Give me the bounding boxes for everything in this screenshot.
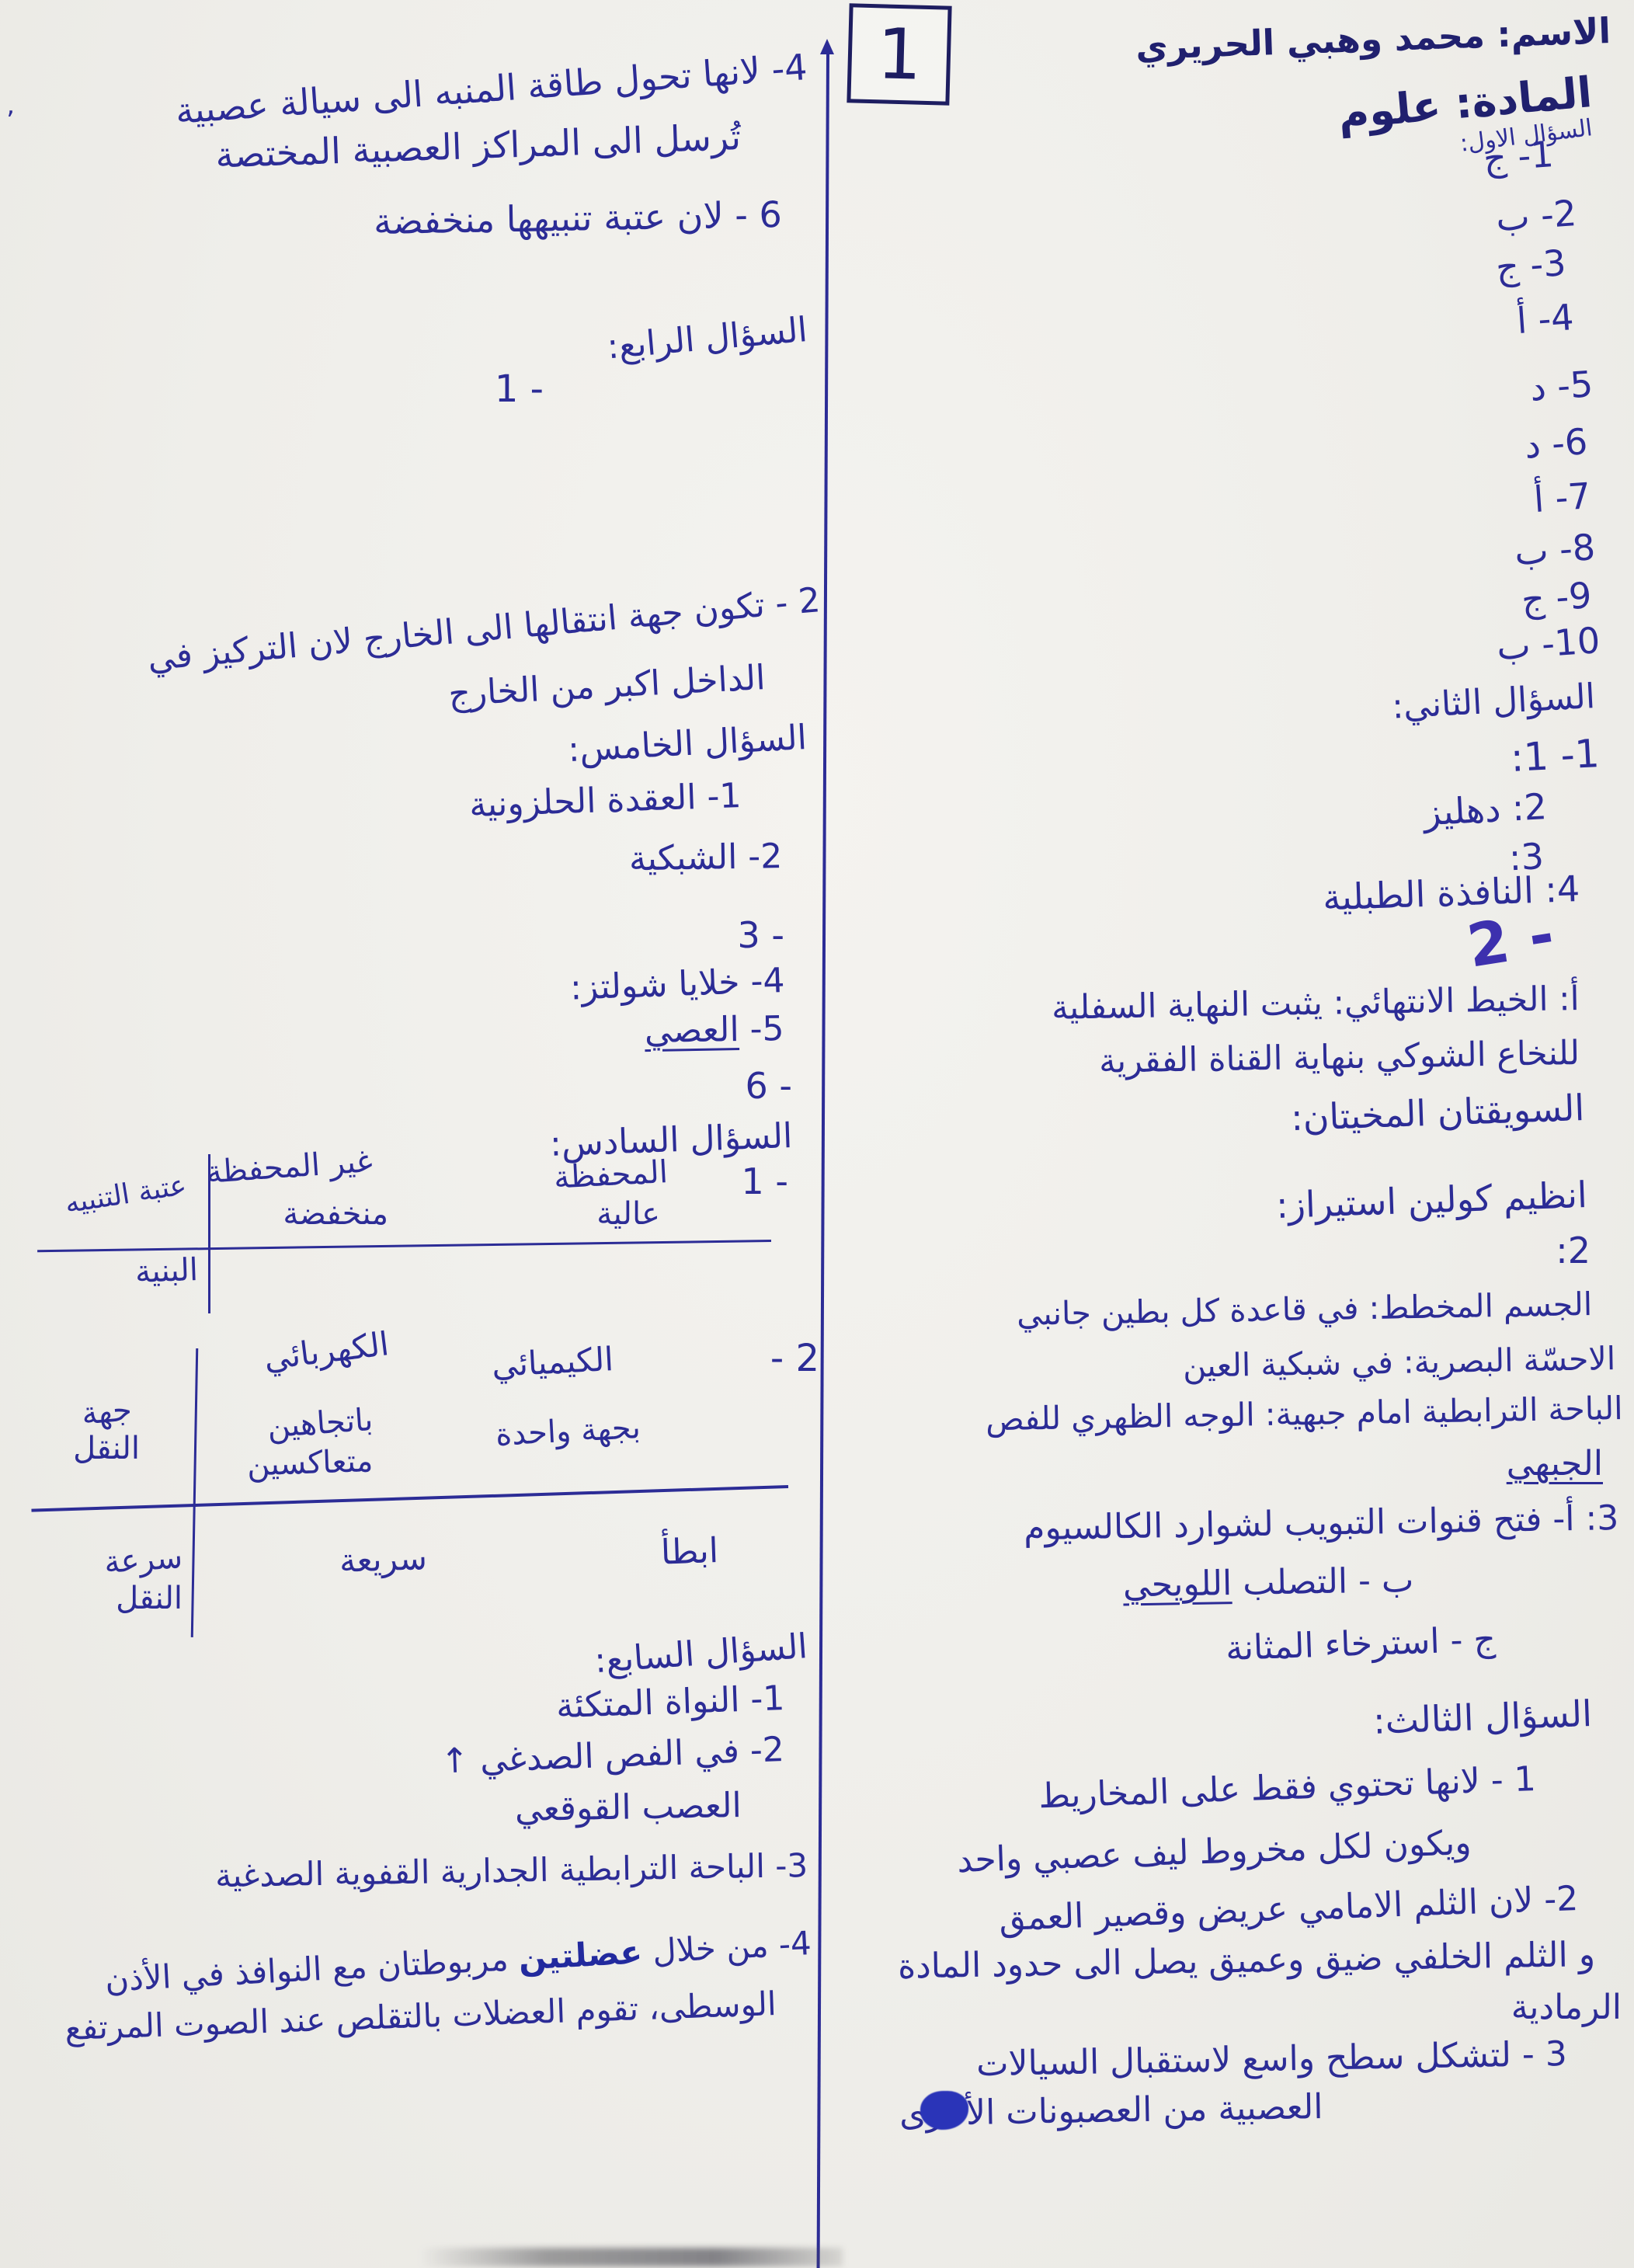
q3-line2: ويكون لكل مخروط ليف عصبي واحد bbox=[956, 1824, 1472, 1881]
q3-line4: و الثلم الخلفي ضيق وعميق يصل الى حدود ال… bbox=[898, 1936, 1596, 1987]
q3-line1: 1 - لانها تحتوي فقط على المخاريط bbox=[1038, 1760, 1537, 1817]
q6-table2-row1-col2a: باتجاهين bbox=[266, 1402, 374, 1445]
q6-table2-row1-label-b: النقل bbox=[73, 1431, 140, 1466]
q7-item4-prefix: 4- من خلال bbox=[641, 1924, 812, 1971]
q2-part1-line2: 2: دهليز bbox=[1423, 786, 1548, 833]
q2-heading: السؤال الثاني: bbox=[1391, 677, 1596, 727]
q6-table1-col1-header: المحفظة bbox=[553, 1154, 669, 1196]
q1-answer-5: 5- د bbox=[1528, 364, 1594, 409]
q2-part3-b-term: اللويحي bbox=[1122, 1564, 1232, 1605]
q2-part1-line1: 1- 1: bbox=[1509, 732, 1600, 781]
q6-table2-row2-col1: ابطأ bbox=[660, 1532, 719, 1573]
q1-answer-3: 3- ج bbox=[1494, 242, 1567, 288]
q6-table2-row1-col2b: متعاكسين bbox=[246, 1443, 374, 1484]
q4-item2-line2: الداخل اكبر من الخارج bbox=[447, 659, 766, 715]
q6-table2-row2-label-a: سرعة bbox=[103, 1539, 184, 1581]
q1-answer-7: 7- أ bbox=[1532, 475, 1592, 520]
student-name: الاسم: محمد وهبي الحريري bbox=[1135, 11, 1611, 68]
q2-part3-b: ب - التصلب اللويحي bbox=[1122, 1561, 1413, 1605]
left-top-line3: 6 - لان عتبة تنبيهها منخفضة bbox=[374, 194, 783, 242]
q1-answer-8: 8- ب bbox=[1514, 527, 1597, 573]
q5-item4: 4- خلايا شولتز: bbox=[569, 962, 785, 1008]
q1-answer-6: 6- د bbox=[1523, 421, 1588, 466]
q2-part2-marker: - 2 bbox=[1463, 900, 1559, 981]
page-number-box: 1 bbox=[847, 3, 951, 105]
divider-arrowhead-icon bbox=[820, 39, 834, 54]
q6-item1-marker: - 1 bbox=[741, 1161, 788, 1202]
q1-answer-2: 2- ب bbox=[1495, 193, 1578, 239]
q6-heading: السؤال السادس: bbox=[549, 1117, 793, 1164]
left-top-line2: تُرسل الى المراكز العصبية المختصة bbox=[215, 117, 742, 176]
q6-table2-row1-col1: بجهة واحدة bbox=[495, 1410, 641, 1453]
q7-item3: 3- الباحة الترابطية الجدارية القفوية الص… bbox=[215, 1847, 808, 1895]
stray-ink-mark: ’ bbox=[6, 106, 15, 137]
q5-item5-term: العصي bbox=[645, 1010, 740, 1051]
q2-part2-line7: الاحسّة البصرية: في شبكية العين bbox=[1182, 1341, 1615, 1385]
q7-item1: 1- النواة المتكئة bbox=[555, 1679, 785, 1727]
q3-heading: السؤال الثالث: bbox=[1372, 1693, 1592, 1742]
q7-heading: السؤال السابع: bbox=[593, 1627, 808, 1682]
q3-line6: 3 - لتشكل سطح واسع لاستقبال السيالات bbox=[976, 2035, 1567, 2085]
q6-table1-horizontal-line bbox=[37, 1240, 771, 1252]
q1-answer-1: 1- ج bbox=[1482, 134, 1555, 179]
column-divider-line bbox=[817, 54, 829, 2268]
q4-item1: - 1 bbox=[495, 368, 544, 411]
q6-table2-col1-header: الكيميائي bbox=[491, 1341, 614, 1384]
q3-line5: الرمادية bbox=[1511, 1988, 1622, 2028]
q2-part2-line9: الجبهي bbox=[1507, 1445, 1603, 1484]
q6-table1-col2-header: غير المحفظة bbox=[205, 1143, 374, 1191]
q6-item2-marker: 2 - bbox=[770, 1337, 819, 1380]
q5-item1: 1- العقدة الحلزونية bbox=[468, 777, 742, 826]
q7-item4-emphasis: عضلتين bbox=[518, 1932, 644, 1977]
q2-part3-b-prefix: ب - التصلب bbox=[1231, 1560, 1413, 1603]
q2-part2-line6: الجسم المخطط: في قاعدة كل بطين جانبي bbox=[1017, 1286, 1593, 1333]
q2-part2-line3: السويقتان المخيتان: bbox=[1290, 1087, 1585, 1139]
q5-item2: 2- الشبكية bbox=[628, 837, 782, 879]
q5-item3: - 3 bbox=[737, 915, 784, 956]
q1-answer-4: 4- أ bbox=[1515, 297, 1575, 342]
q6-table1-col1-value: عالية bbox=[596, 1196, 660, 1232]
q5-heading: السؤال الخامس: bbox=[567, 718, 808, 770]
q2-part2-line8: الباحة الترابطية امام جبهية: الوجه الظهر… bbox=[986, 1390, 1623, 1438]
q6-table2-row1-label-a: جهة bbox=[81, 1392, 134, 1431]
q4-heading: السؤال الرابع: bbox=[605, 311, 808, 367]
q6-table2-row2-label-b: النقل bbox=[116, 1581, 183, 1616]
q5-item5-prefix: 5- bbox=[739, 1009, 785, 1049]
q2-part2-line1: أ: الخيط الانتهائي: يثبت النهاية السفلية bbox=[1052, 980, 1580, 1028]
q6-table1-vertical-line bbox=[208, 1154, 210, 1313]
q1-answer-9: 9- ج bbox=[1520, 575, 1593, 621]
q6-table1-col2-value: منخفضة bbox=[283, 1196, 388, 1232]
q6-table2-row2-col2: سريعة bbox=[339, 1539, 427, 1580]
q1-answer-10: 10- ب bbox=[1495, 620, 1601, 668]
q6-table1-row2-label: البنية bbox=[134, 1252, 199, 1290]
page-number: 1 bbox=[876, 13, 923, 96]
q2-part3-c: ج - استرخاء المثانة bbox=[1225, 1620, 1497, 1669]
q6-table1-row1-label: عتبة التنبيه bbox=[63, 1169, 189, 1220]
q7-item4-rest: مربوطتان مع النوافذ في الأذن bbox=[104, 1939, 520, 1999]
scan-edge-shadow bbox=[419, 2248, 843, 2266]
q3-line3: 2- لان الثلم الامامي عريض وقصير العمق bbox=[998, 1880, 1578, 1939]
q6-table2-col2-header: الكهربائي bbox=[262, 1325, 391, 1378]
answer-sheet-page: 1 ’ الاسم: محمد وهبي الحريري المادة: علو… bbox=[0, 0, 1634, 2268]
q2-part3-a: 3: أ- فتح قنوات التبويب لشوارد الكالسيوم bbox=[1023, 1499, 1618, 1549]
q6-table2-vertical-line bbox=[191, 1348, 198, 1637]
q2-part2-line2: للنخاع الشوكي بنهاية القناة الفقرية bbox=[1099, 1035, 1580, 1081]
q6-table2-horizontal-line bbox=[31, 1485, 788, 1512]
q2-part2-line4: انظيم كولين استيراز: bbox=[1276, 1174, 1588, 1226]
q7-item2: 2- في الفص الصدغي ↑ bbox=[440, 1731, 785, 1782]
q5-item6: - 6 bbox=[745, 1066, 792, 1107]
q5-item5: 5- العصي bbox=[645, 1010, 784, 1052]
q7-item2b: العصب القوقعي bbox=[515, 1786, 742, 1830]
q2-part2-line5: 2: bbox=[1556, 1230, 1591, 1271]
